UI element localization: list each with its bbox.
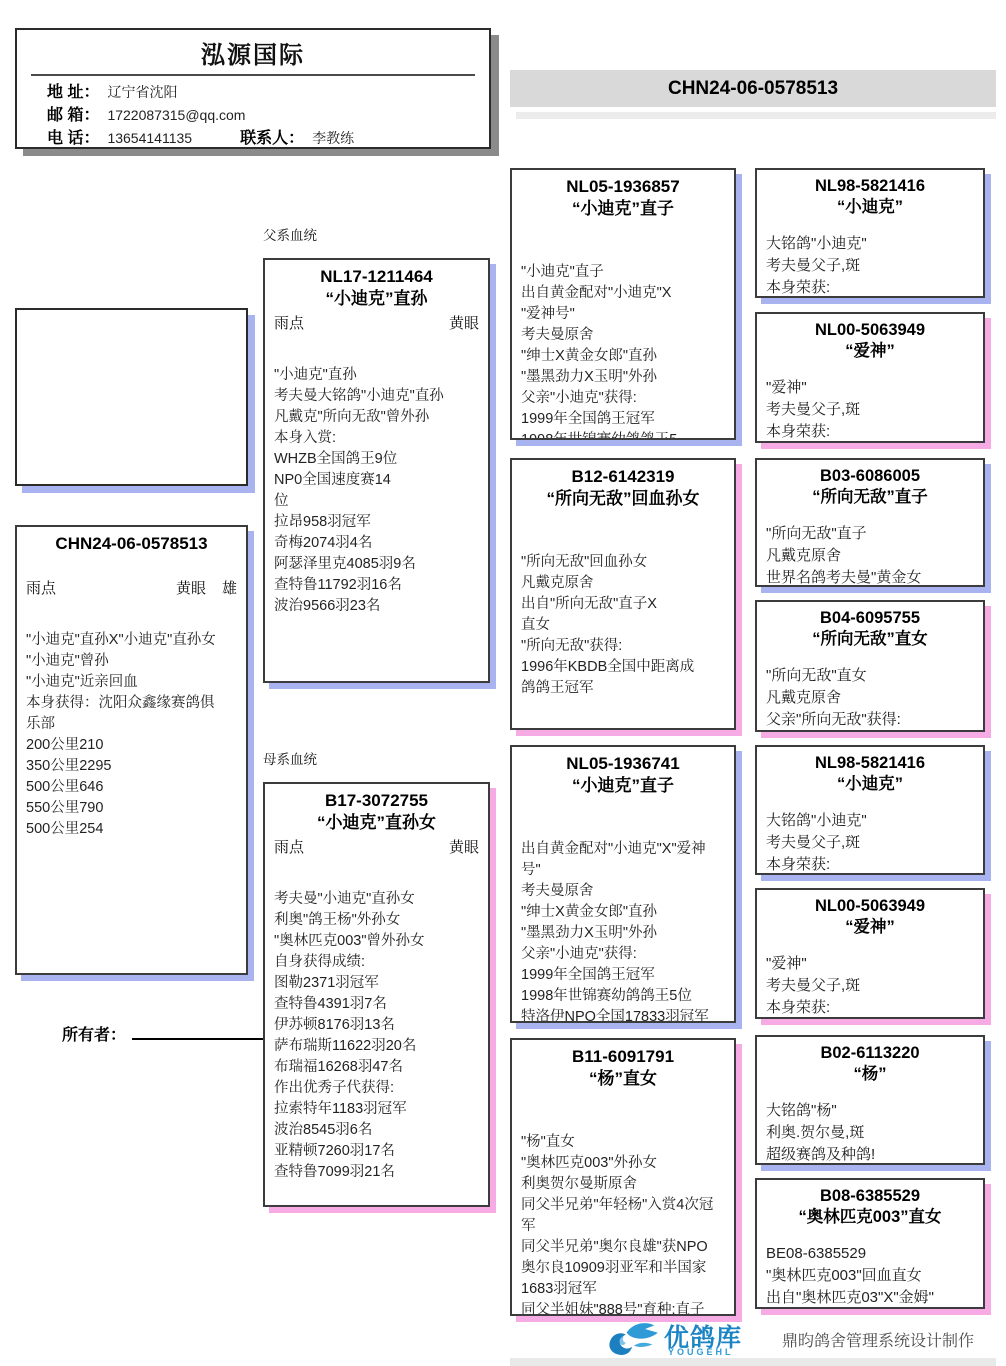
great-grandparent-description: "所向无敌"直女 凡戴克原舍 父亲"所向无敌"获得: (766, 665, 974, 731)
loft-name: 泓源国际 (17, 30, 489, 70)
subject-description: "小迪克"直孙X"小迪克"直孙女 "小迪克"曾孙 "小迪克"近亲回血 本身获得：… (26, 630, 237, 840)
great-grandparent-ring-number: NL00-5063949 (766, 320, 974, 341)
mother-feather-color: 雨点 (274, 836, 304, 857)
father-info-row: 雨点 黄眼 (274, 312, 479, 333)
grandparent-description: 出自黄金配对"小迪克"X"爱神 号" 考夫曼原舍 "绅士X黄金女郎"直孙 "墨黑… (521, 839, 725, 1023)
great-grandparent-name: “小迪克” (766, 774, 974, 795)
banner-underline-strip (516, 112, 996, 119)
father-name: “小迪克”直孙 (274, 288, 479, 310)
yougeku-logo-subtext: YOUGEHL (668, 1347, 734, 1357)
great-grandparent-box-7: B02-6113220 “杨” 大铭鸽"杨" 利奥.贺尔曼,斑 超级赛鸽及种鸽! (755, 1035, 985, 1165)
great-grandparent-description: "所向无敌"直子 凡戴克原舍 世界名鸽考夫曼"黄金女 (766, 523, 974, 587)
contact-value: 李教练 (312, 130, 354, 146)
footer-strip (510, 1358, 996, 1366)
grandparent-name: “所向无敌”回血孙女 (521, 488, 725, 510)
subject-eye-sex: 黄眼雄 (176, 577, 237, 598)
subject-sex: 雄 (222, 580, 237, 597)
great-grandparent-description: 大铭鸽"小迪克" 考夫曼父子,斑 本身荣获: (766, 233, 974, 298)
great-grandparent-box-5: NL98-5821416 “小迪克” 大铭鸽"小迪克" 考夫曼父子,斑 本身荣获… (755, 745, 985, 875)
loft-address-row: 地 址：辽宁省沈阳 (17, 81, 489, 104)
grandfather-maternal-box: NL05-1936741 “小迪克”直子 出自黄金配对"小迪克"X"爱神 号" … (510, 745, 736, 1023)
pedigree-certificate-page: 泓源国际 地 址：辽宁省沈阳 邮 箱：1722087315@qq.com 电 话… (0, 0, 1006, 1366)
great-grandparent-name: “爱神” (766, 917, 974, 938)
email-value: 1722087315@qq.com (107, 107, 245, 123)
great-grandparent-description: 大铭鸽"杨" 利奥.贺尔曼,斑 超级赛鸽及种鸽! (766, 1100, 974, 1165)
great-grandparent-box-3: B03-6086005 “所向无敌”直子 "所向无敌"直子 凡戴克原舍 世界名鸽… (755, 458, 985, 587)
email-label: 邮 箱： (47, 107, 99, 124)
mother-box: B17-3072755 “小迪克”直孙女 雨点 黄眼 考夫曼"小迪克"直孙女 利… (263, 782, 490, 1207)
maternal-line-label: 母系血统 (263, 748, 317, 768)
great-grandparent-name: “所向无敌”直子 (766, 487, 974, 508)
great-grandparent-ring-number: B02-6113220 (766, 1043, 974, 1064)
great-grandparent-description: "爱神" 考夫曼父子,斑 本身荣获: (766, 953, 974, 1019)
address-label: 地 址： (47, 84, 99, 101)
great-grandparent-name: “小迪克” (766, 197, 974, 218)
grandparent-description: "小迪克"直子 出自黄金配对"小迪克"X "爱神号" 考夫曼原舍 "绅士X黄金女… (521, 262, 725, 440)
loft-email-row: 邮 箱：1722087315@qq.com (17, 104, 489, 127)
grandparent-name: “小迪克”直子 (521, 198, 725, 220)
grandparent-description: "所向无敌"回血孙女 凡戴克原舍 出自"所向无敌"直子X 直女 "所向无敌"获得… (521, 552, 725, 699)
owner-row: 所有者： (62, 1022, 264, 1045)
great-grandparent-description: "爱神" 考夫曼父子,斑 本身荣获: (766, 377, 974, 443)
mother-eye-color: 黄眼 (449, 836, 479, 857)
owner-blank-line (132, 1025, 264, 1040)
subject-feather-color: 雨点 (26, 577, 56, 598)
great-grandparent-box-2: NL00-5063949 “爱神” "爱神" 考夫曼父子,斑 本身荣获: (755, 312, 985, 443)
mother-description: 考夫曼"小迪克"直孙女 利奥"鸽王杨"外孙女 "奥林匹克003"曾外孙女 自身获… (274, 889, 479, 1183)
great-grandparent-name: “杨” (766, 1064, 974, 1085)
grandmother-maternal-box: B11-6091791 “杨”直女 "杨"直女 "奥林匹克003"外孙女 利奥贺… (510, 1038, 736, 1316)
owner-label: 所有者： (62, 1027, 126, 1044)
great-grandparent-ring-number: NL00-5063949 (766, 896, 974, 917)
great-grandparent-ring-number: B04-6095755 (766, 608, 974, 629)
address-value: 辽宁省沈阳 (107, 84, 177, 100)
phone-label: 电 话： (47, 130, 99, 147)
grandparent-ring-number: NL05-1936741 (521, 753, 725, 775)
great-grandparent-ring-number: NL98-5821416 (766, 753, 974, 774)
father-eye-color: 黄眼 (449, 312, 479, 333)
grandfather-paternal-box: NL05-1936857 “小迪克”直子 "小迪克"直子 出自黄金配对"小迪克"… (510, 168, 736, 440)
great-grandparent-description: 大铭鸽"小迪克" 考夫曼父子,斑 本身荣获: (766, 810, 974, 875)
grandparent-ring-number: B12-6142319 (521, 466, 725, 488)
great-grandparent-ring-number: NL98-5821416 (766, 176, 974, 197)
mother-ring-number: B17-3072755 (274, 790, 479, 812)
great-grandparent-box-1: NL98-5821416 “小迪克” 大铭鸽"小迪克" 考夫曼父子,斑 本身荣获… (755, 168, 985, 298)
paternal-line-label: 父系血统 (263, 224, 317, 244)
mother-info-row: 雨点 黄眼 (274, 836, 479, 857)
grandparent-name: “小迪克”直子 (521, 775, 725, 797)
header-divider (31, 74, 475, 76)
mother-name: “小迪克”直孙女 (274, 812, 479, 834)
father-feather-color: 雨点 (274, 312, 304, 333)
father-description: "小迪克"直孙 考夫曼大铭鸽"小迪克"直孙 凡戴克"所向无敌"曾外孙 本身入赏:… (274, 365, 479, 617)
great-grandparent-description: BE08-6385529 "奥林匹克003"回血直女 出自"奥林匹克03"X"金… (766, 1243, 974, 1309)
grandparent-ring-number: NL05-1936857 (521, 176, 725, 198)
subject-pigeon-box: CHN24-06-0578513 雨点 黄眼雄 "小迪克"直孙X"小迪克"直孙女… (15, 525, 248, 975)
software-credit-text: 鼎昀鸽舍管理系统设计制作 (782, 1328, 974, 1351)
grandmother-paternal-box: B12-6142319 “所向无敌”回血孙女 "所向无敌"回血孙女 凡戴克原舍 … (510, 458, 736, 730)
phone-value: 13654141135 (107, 130, 192, 146)
subject-eye-color: 黄眼 (176, 580, 206, 597)
subject-info-row: 雨点 黄眼雄 (26, 577, 237, 598)
contact-label: 联系人： (240, 130, 304, 147)
loft-info-card: 泓源国际 地 址：辽宁省沈阳 邮 箱：1722087315@qq.com 电 话… (15, 28, 491, 149)
father-ring-number: NL17-1211464 (274, 266, 479, 288)
father-box: NL17-1211464 “小迪克”直孙 雨点 黄眼 "小迪克"直孙 考夫曼大铭… (263, 258, 490, 683)
great-grandparent-name: “奥林匹克003”直女 (766, 1207, 974, 1228)
grandparent-ring-number: B11-6091791 (521, 1046, 725, 1068)
great-grandparent-ring-number: B08-6385529 (766, 1186, 974, 1207)
great-grandparent-ring-number: B03-6086005 (766, 466, 974, 487)
pigeon-photo-placeholder (15, 308, 248, 486)
great-grandparent-box-6: NL00-5063949 “爱神” "爱神" 考夫曼父子,斑 本身荣获: (755, 888, 985, 1019)
loft-phone-row: 电 话：13654141135联系人：李教练 (17, 127, 489, 150)
grandparent-name: “杨”直女 (521, 1068, 725, 1090)
grandparent-description: "杨"直女 "奥林匹克003"外孙女 利奥贺尔曼斯原舍 同父半兄弟"年轻杨"入赏… (521, 1132, 725, 1316)
subject-ring-number: CHN24-06-0578513 (26, 533, 237, 555)
great-grandparent-name: “所向无敌”直女 (766, 629, 974, 650)
ring-number-banner: CHN24-06-0578513 (510, 70, 996, 107)
great-grandparent-box-8: B08-6385529 “奥林匹克003”直女 BE08-6385529 "奥林… (755, 1178, 985, 1309)
great-grandparent-name: “爱神” (766, 341, 974, 362)
great-grandparent-box-4: B04-6095755 “所向无敌”直女 "所向无敌"直女 凡戴克原舍 父亲"所… (755, 600, 985, 732)
